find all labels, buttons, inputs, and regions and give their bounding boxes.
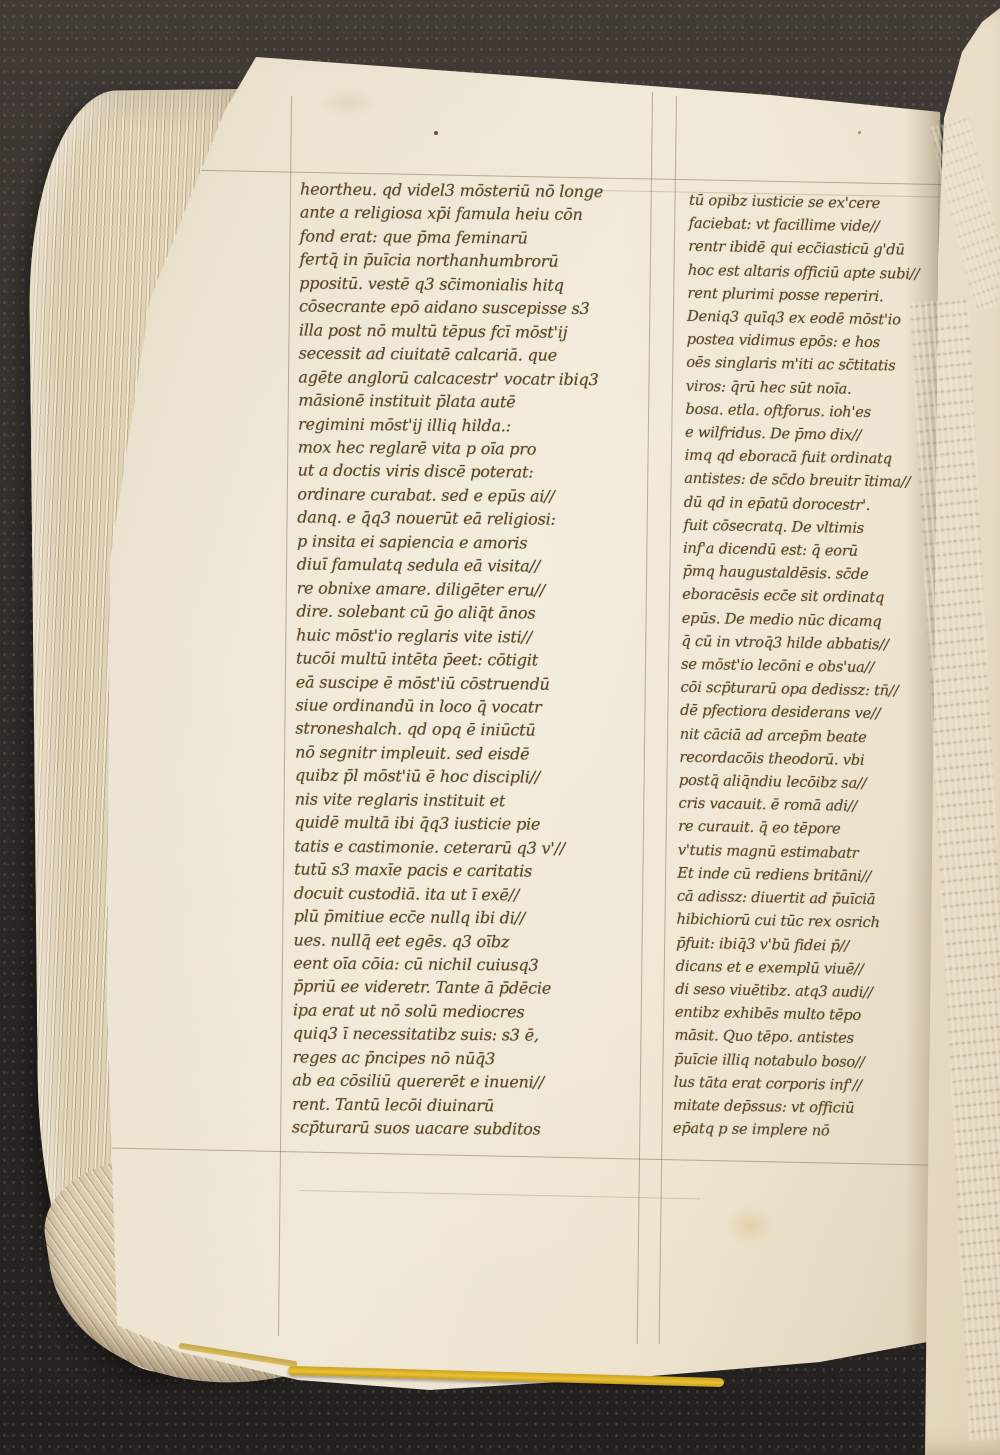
manuscript-line: tucōi multū intēta p̄eet: cōtigit bbox=[296, 647, 652, 674]
manuscript-line: quiq3 ī necessitatibz suis: s3 ē, bbox=[293, 1022, 649, 1049]
manuscript-line: danq. e q̄q3 nouerūt eā religiosi: bbox=[297, 506, 653, 533]
manuscript-line: quidē multā ibi q̄q3 iusticie pie bbox=[294, 811, 650, 838]
manuscript-line: agēte anglorū calcacestr' vocatr ibiq3 bbox=[298, 365, 654, 392]
manuscript-line: fond erat: que p̄ma feminarū bbox=[300, 224, 656, 251]
manuscript-line: tutū s3 maxīe pacis e caritatis bbox=[294, 858, 650, 885]
manuscript-line: cōsecrante epō aidano suscepisse s3 bbox=[299, 295, 655, 322]
manuscript-line: ante a religiosa xp̄i famula heiu cōn bbox=[300, 201, 656, 228]
manuscript-line: scp̄turarū suos uacare subditos bbox=[292, 1116, 648, 1143]
manuscript-line: illa post nō multū tēpus fcī mōst'ij bbox=[299, 318, 655, 345]
manuscript-line: eent oīa cōia: cū nichil cuiusq3 bbox=[293, 951, 649, 978]
manuscript-line: ordinare curabat. sed e epūs ai// bbox=[297, 482, 653, 509]
manuscript-line: ep̄atq p se implere nō bbox=[673, 1117, 935, 1145]
ink-speck bbox=[858, 131, 861, 134]
manuscript-line: docuit custodiā. ita ut ī exē// bbox=[294, 881, 650, 908]
manuscript-line: eā suscipe ē mōst'iū cōstruendū bbox=[296, 670, 652, 697]
manuscript-line: tatis e castimonie. ceterarū q3 v'// bbox=[294, 834, 650, 861]
manuscript-line: ues. nullq̄ eet egēs. q3 oībz bbox=[293, 928, 649, 955]
manuscript-line: heortheu. qd videl3 mōsteriū nō longe bbox=[300, 177, 656, 204]
manuscript-line: re obnixe amare. diligēter eru// bbox=[297, 576, 653, 603]
manuscript-line: nō segnitr impleuit. sed eisdē bbox=[295, 740, 651, 767]
manuscript-line: plū p̄mitiue ecc̄e nullq ibi di// bbox=[294, 904, 650, 931]
manuscript-line: fertq̄ in p̄uīcia northanhumbrorū bbox=[299, 248, 655, 275]
manuscript-line: p insita ei sapiencia e amoris bbox=[297, 529, 653, 556]
ruled-line-bottom-secondary bbox=[300, 1190, 700, 1199]
manuscript-line: ppositū. vestē q3 sc̄imonialis hitq bbox=[299, 271, 655, 298]
stain bbox=[318, 88, 378, 118]
ruled-line-bottom bbox=[88, 1147, 944, 1166]
ink-dot bbox=[434, 131, 438, 135]
manuscript-line: regimini mōst'ij illiq hilda.: bbox=[298, 412, 654, 439]
text-column-left: heortheu. qd videl3 mōsteriū nō longeant… bbox=[292, 177, 656, 1142]
stain bbox=[724, 1204, 776, 1248]
manuscript-line: ipa erat ut nō solū mediocres bbox=[293, 998, 649, 1025]
manuscript-line: stroneshalch. qd opq ē iniūctū bbox=[295, 717, 651, 744]
manuscript-line: ut a doctis viris discē poterat: bbox=[298, 459, 654, 486]
manuscript-line: quibz p̄l mōst'iū ē hoc discipli// bbox=[295, 764, 651, 791]
manuscript-line: huic mōst'io reglaris vite isti// bbox=[296, 623, 652, 650]
manuscript-photo: heortheu. qd videl3 mōsteriū nō longeant… bbox=[0, 0, 1000, 1455]
manuscript-line: siue ordinandū in loco q̄ vocatr bbox=[295, 693, 651, 720]
manuscript-line: nis vite reglaris instituit et bbox=[295, 787, 651, 814]
manuscript-line: mox hec reglarē vita p oīa pro bbox=[298, 435, 654, 462]
manuscript-line: p̄priū ee videretr. Tante ā p̄dēcie bbox=[293, 975, 649, 1002]
ruled-line-vertical-gutter-right bbox=[659, 96, 677, 1344]
manuscript-line: rent. Tantū lecōi diuinarū bbox=[292, 1092, 648, 1119]
manuscript-line: reges ac p̄ncipes nō nūq̄3 bbox=[292, 1045, 648, 1072]
manuscript-line: dire. solebant cū ḡo aliq̄t ānos bbox=[296, 600, 652, 627]
manuscript-line: ab ea cōsiliū quererēt e inueni// bbox=[292, 1069, 648, 1096]
manuscript-line: māsionē instituit p̄lata autē bbox=[298, 389, 654, 416]
manuscript-line: secessit ad ciuitatē calcariā. que bbox=[299, 342, 655, 369]
ruled-line-vertical-left bbox=[278, 96, 292, 1336]
manuscript-line: diuī famulatq sedula eā visita// bbox=[297, 553, 653, 580]
